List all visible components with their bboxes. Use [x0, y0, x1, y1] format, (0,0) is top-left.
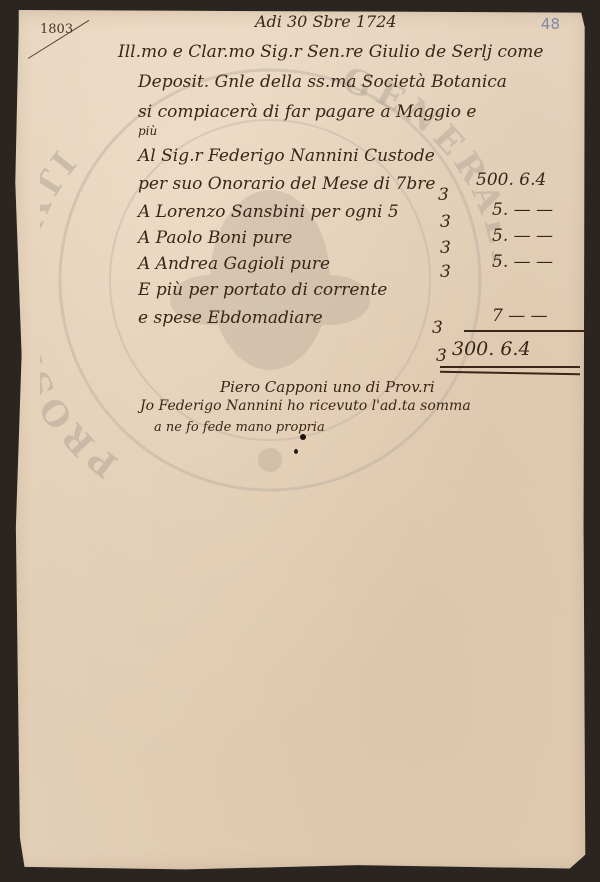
body-line-11: e spese Ebdomadiare [138, 308, 323, 328]
receipt-line-2: a ne fo fede mano propria [154, 420, 325, 435]
manuscript-page [13, 10, 587, 872]
page-number: 48 [541, 15, 560, 33]
header-date: Adi 30 Sbre 1724 [255, 12, 397, 31]
ink-spot [294, 449, 298, 454]
ink-blot [300, 434, 306, 440]
total-amount: 300. 6.4 [452, 338, 531, 360]
line-mark-4: 3 [440, 262, 451, 282]
body-line-8: A Paolo Boni pure [138, 228, 292, 248]
amount-spese: 7 — — [492, 306, 548, 326]
body-line-6: per suo Onorario del Mese di 7bre [138, 174, 435, 194]
signature-capponi: Piero Capponi uno di Prov.ri [220, 378, 435, 396]
body-line-10: E più per portato di corrente [138, 280, 387, 300]
folio-number: 1803 [40, 22, 73, 37]
amount-nannini: 500. 6.4 [476, 170, 546, 190]
body-line-4: più [138, 124, 157, 138]
amount-gagioli: 5. — — [492, 252, 553, 272]
amount-boni: 5. — — [492, 226, 553, 246]
total-mark: 3 [436, 346, 447, 366]
body-line-7: A Lorenzo Sansbini per ogni 5 [138, 202, 399, 222]
line-mark-1: 3 [438, 185, 449, 205]
line-mark-5: 3 [432, 318, 443, 338]
total-rule-1 [440, 366, 580, 368]
line-mark-3: 3 [440, 238, 451, 258]
body-line-2: Deposit. Gnle della ss.ma Società Botani… [138, 72, 507, 92]
line-mark-2: 3 [440, 212, 451, 232]
amount-sansbini: 5. — — [492, 200, 553, 220]
body-line-9: A Andrea Gagioli pure [138, 254, 330, 274]
body-line-3: si compiacerà di far pagare a Maggio e [138, 102, 476, 122]
body-line-1: Ill.mo e Clar.mo Sig.r Sen.re Giulio de … [118, 42, 543, 62]
body-line-5: Al Sig.r Federigo Nannini Custode [138, 146, 435, 166]
receipt-line: Jo Federigo Nannini ho ricevuto l'ad.ta … [140, 398, 471, 414]
sum-rule [464, 330, 588, 332]
